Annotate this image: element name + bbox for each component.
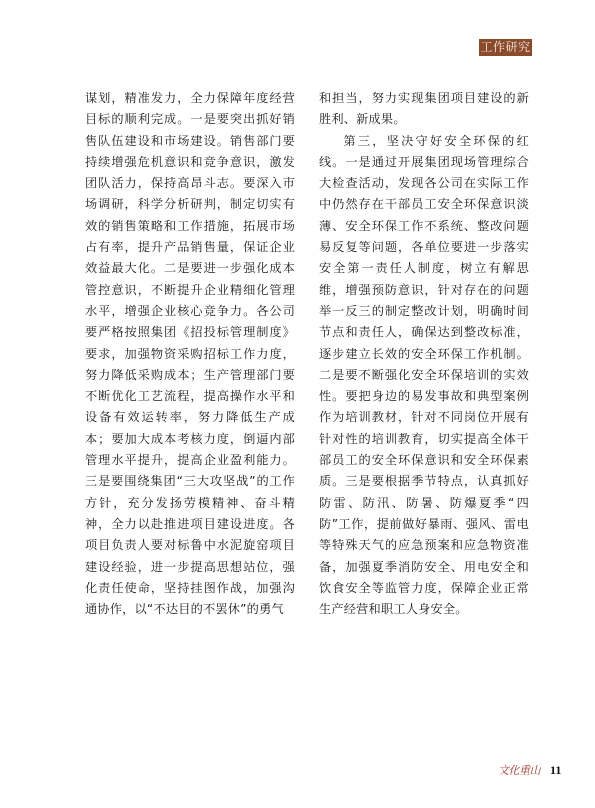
section-tag: 工作研究 xyxy=(479,39,532,56)
page-footer: 文化重山 11 xyxy=(498,762,561,778)
right-column: 和担当，努力实现集团项目建设的新胜利、新成果。 第三，坚决守好安全环保的红线。一… xyxy=(319,88,529,620)
page-number: 11 xyxy=(550,763,561,778)
body-paragraph: 和担当，努力实现集团项目建设的新胜利、新成果。 xyxy=(319,88,529,131)
left-column: 谋划，精准发力，全力保障年度经营目标的顺利完成。一是要突出抓好销售队伍建设和市场… xyxy=(85,88,295,620)
publication-logo: 文化重山 xyxy=(498,762,540,778)
body-paragraph: 第三，坚决守好安全环保的红线。一是通过开展集团现场管理综合大检查活动，发现各公司… xyxy=(319,131,529,621)
body-paragraph: 谋划，精准发力，全力保障年度经营目标的顺利完成。一是要突出抓好销售队伍建设和市场… xyxy=(85,88,295,620)
